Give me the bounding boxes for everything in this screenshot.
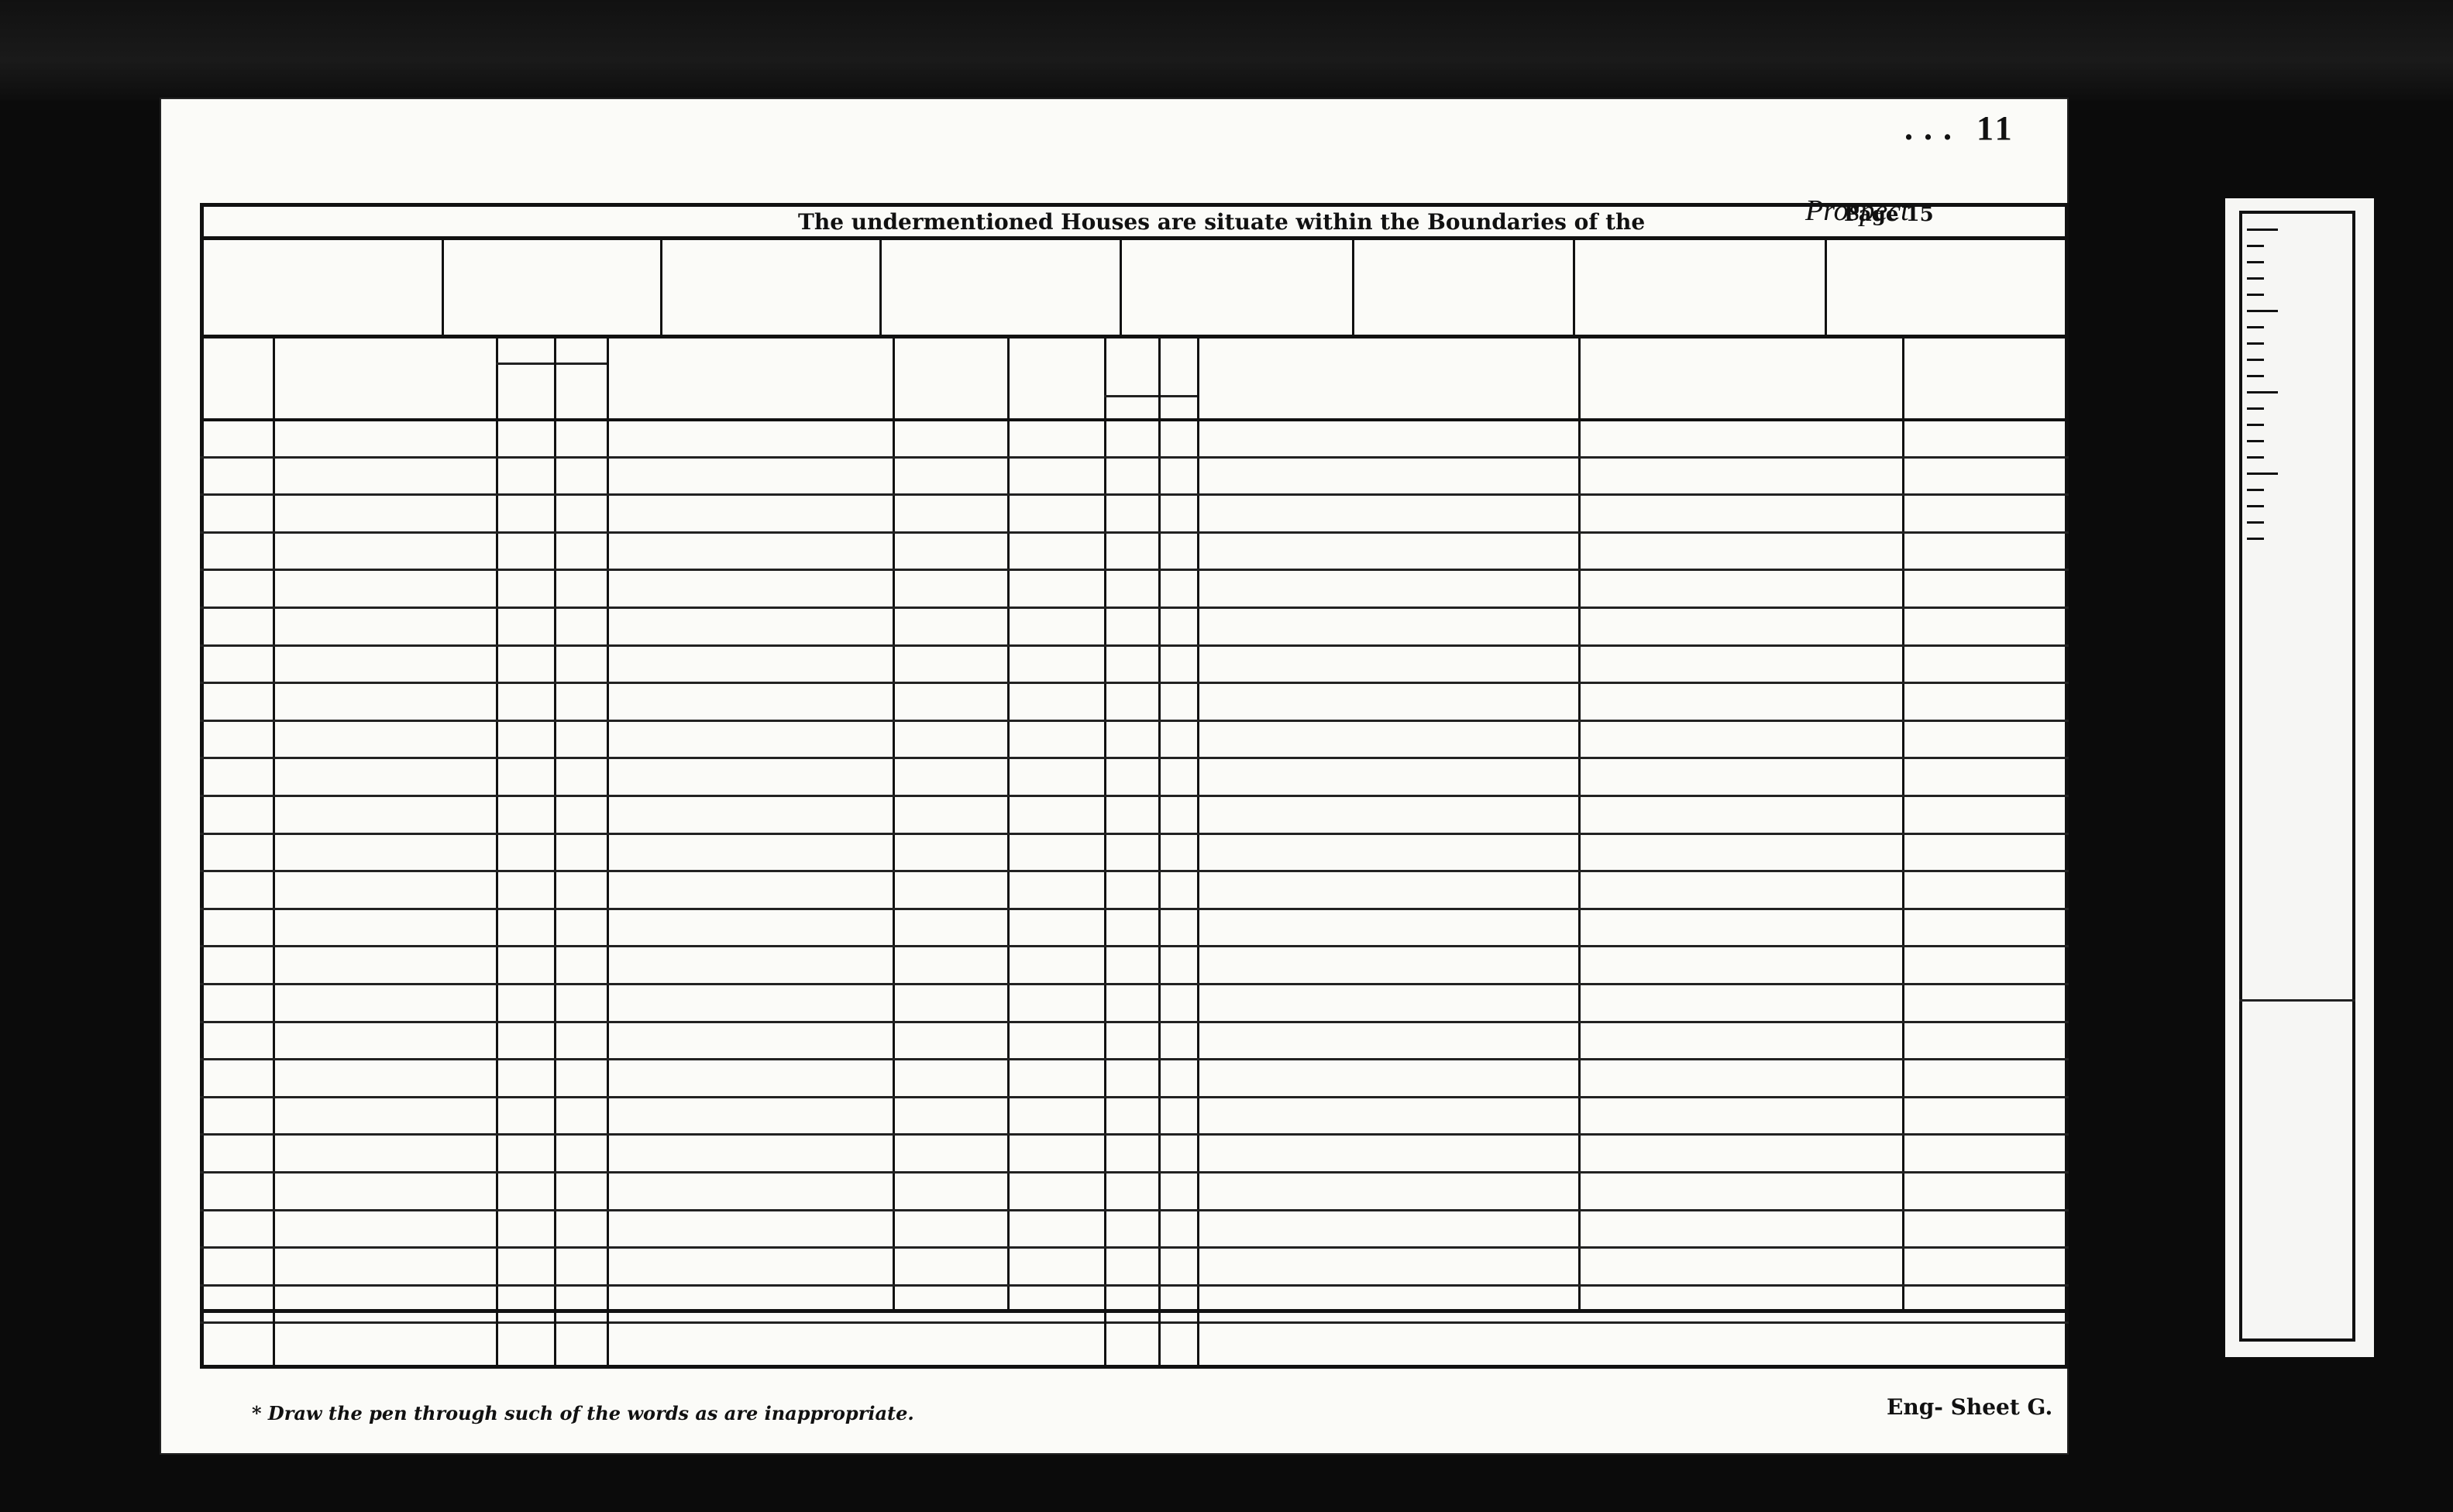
ruler-tick bbox=[2247, 407, 2264, 410]
folio-number: ...11 bbox=[1904, 108, 2015, 148]
column-divider bbox=[1578, 335, 1581, 1309]
row-rule bbox=[200, 456, 2069, 459]
row-rule bbox=[200, 870, 2069, 872]
row-rule bbox=[200, 757, 2069, 759]
ruler-tick bbox=[2247, 342, 2264, 345]
column-divider bbox=[496, 335, 498, 1309]
boundary-divider bbox=[879, 236, 882, 335]
row-rule bbox=[200, 720, 2069, 722]
page-number: Page 15 bbox=[1844, 203, 1934, 226]
table-rule bbox=[200, 418, 2069, 421]
houses-subrule bbox=[496, 363, 607, 365]
table-rule bbox=[200, 335, 2069, 338]
ruler-tick bbox=[2247, 277, 2264, 280]
boundary-divider bbox=[1352, 236, 1354, 335]
row-rule bbox=[200, 682, 2069, 684]
ruler-tick bbox=[2247, 424, 2264, 426]
column-divider bbox=[1197, 335, 1199, 1309]
ruler-tick bbox=[2247, 326, 2264, 328]
column-divider bbox=[607, 335, 609, 1309]
row-rule bbox=[200, 1021, 2069, 1023]
column-divider bbox=[1104, 335, 1106, 1309]
ruler-tick bbox=[2247, 294, 2264, 296]
row-rule bbox=[200, 795, 2069, 797]
houses-split bbox=[554, 363, 556, 1309]
boundary-divider bbox=[442, 236, 444, 335]
totals-divider bbox=[496, 1309, 498, 1369]
boundary-divider bbox=[1120, 236, 1122, 335]
ruler-tick bbox=[2247, 505, 2264, 507]
boundary-title: The undermentioned Houses are situate wi… bbox=[798, 209, 1645, 235]
table-rule bbox=[200, 236, 2069, 240]
row-rule bbox=[200, 1284, 2069, 1287]
column-divider bbox=[273, 335, 275, 1309]
row-rule bbox=[200, 531, 2069, 534]
ruler-tick bbox=[2247, 261, 2264, 263]
column-divider bbox=[893, 335, 895, 1309]
row-rule bbox=[200, 908, 2069, 910]
totals-divider bbox=[554, 1309, 556, 1369]
row-rule bbox=[200, 1058, 2069, 1060]
ruler-tick bbox=[2247, 538, 2264, 540]
totals-divider bbox=[273, 1309, 275, 1369]
totals-divider bbox=[1158, 1309, 1161, 1369]
ruler-tick bbox=[2247, 489, 2264, 491]
table-rule bbox=[200, 1309, 2069, 1313]
boundary-divider bbox=[660, 236, 662, 335]
census-table-frame bbox=[200, 203, 2069, 1369]
ruler-tick bbox=[2247, 440, 2264, 442]
row-rule bbox=[200, 1321, 2069, 1324]
row-rule bbox=[200, 1171, 2069, 1174]
row-rule bbox=[200, 569, 2069, 571]
row-rule bbox=[200, 983, 2069, 985]
ruler-tick bbox=[2247, 456, 2264, 459]
totals-divider bbox=[1197, 1309, 1199, 1369]
row-rule bbox=[200, 644, 2069, 647]
row-rule bbox=[200, 1209, 2069, 1211]
row-rule bbox=[200, 493, 2069, 496]
row-rule bbox=[200, 1096, 2069, 1098]
reference-strip-box bbox=[2239, 211, 2355, 1342]
ruler-tick bbox=[2247, 245, 2264, 247]
row-rule bbox=[200, 1133, 2069, 1136]
row-rule bbox=[200, 833, 2069, 835]
column-divider bbox=[1007, 335, 1010, 1309]
footnote: * Draw the pen through such of the words… bbox=[252, 1402, 914, 1424]
boundary-divider bbox=[1825, 236, 1827, 335]
scan-background bbox=[0, 0, 2453, 101]
column-divider bbox=[1902, 335, 1904, 1309]
row-rule bbox=[200, 607, 2069, 609]
ruler-tick bbox=[2247, 472, 2278, 475]
boundary-divider bbox=[1573, 236, 1575, 335]
ruler-tick bbox=[2247, 391, 2278, 393]
row-rule bbox=[200, 945, 2069, 947]
strip-divider bbox=[2239, 999, 2355, 1002]
totals-divider bbox=[607, 1309, 609, 1369]
ruler-tick bbox=[2247, 375, 2264, 377]
sheet-label: Eng- Sheet G. bbox=[1887, 1394, 2052, 1420]
ruler-tick bbox=[2247, 310, 2278, 312]
ruler-tick bbox=[2247, 359, 2264, 361]
age-subrule bbox=[1104, 395, 1197, 397]
ruler-tick bbox=[2247, 229, 2278, 231]
ruler-tick bbox=[2247, 521, 2264, 524]
totals-divider bbox=[1104, 1309, 1106, 1369]
row-rule bbox=[200, 1246, 2069, 1249]
